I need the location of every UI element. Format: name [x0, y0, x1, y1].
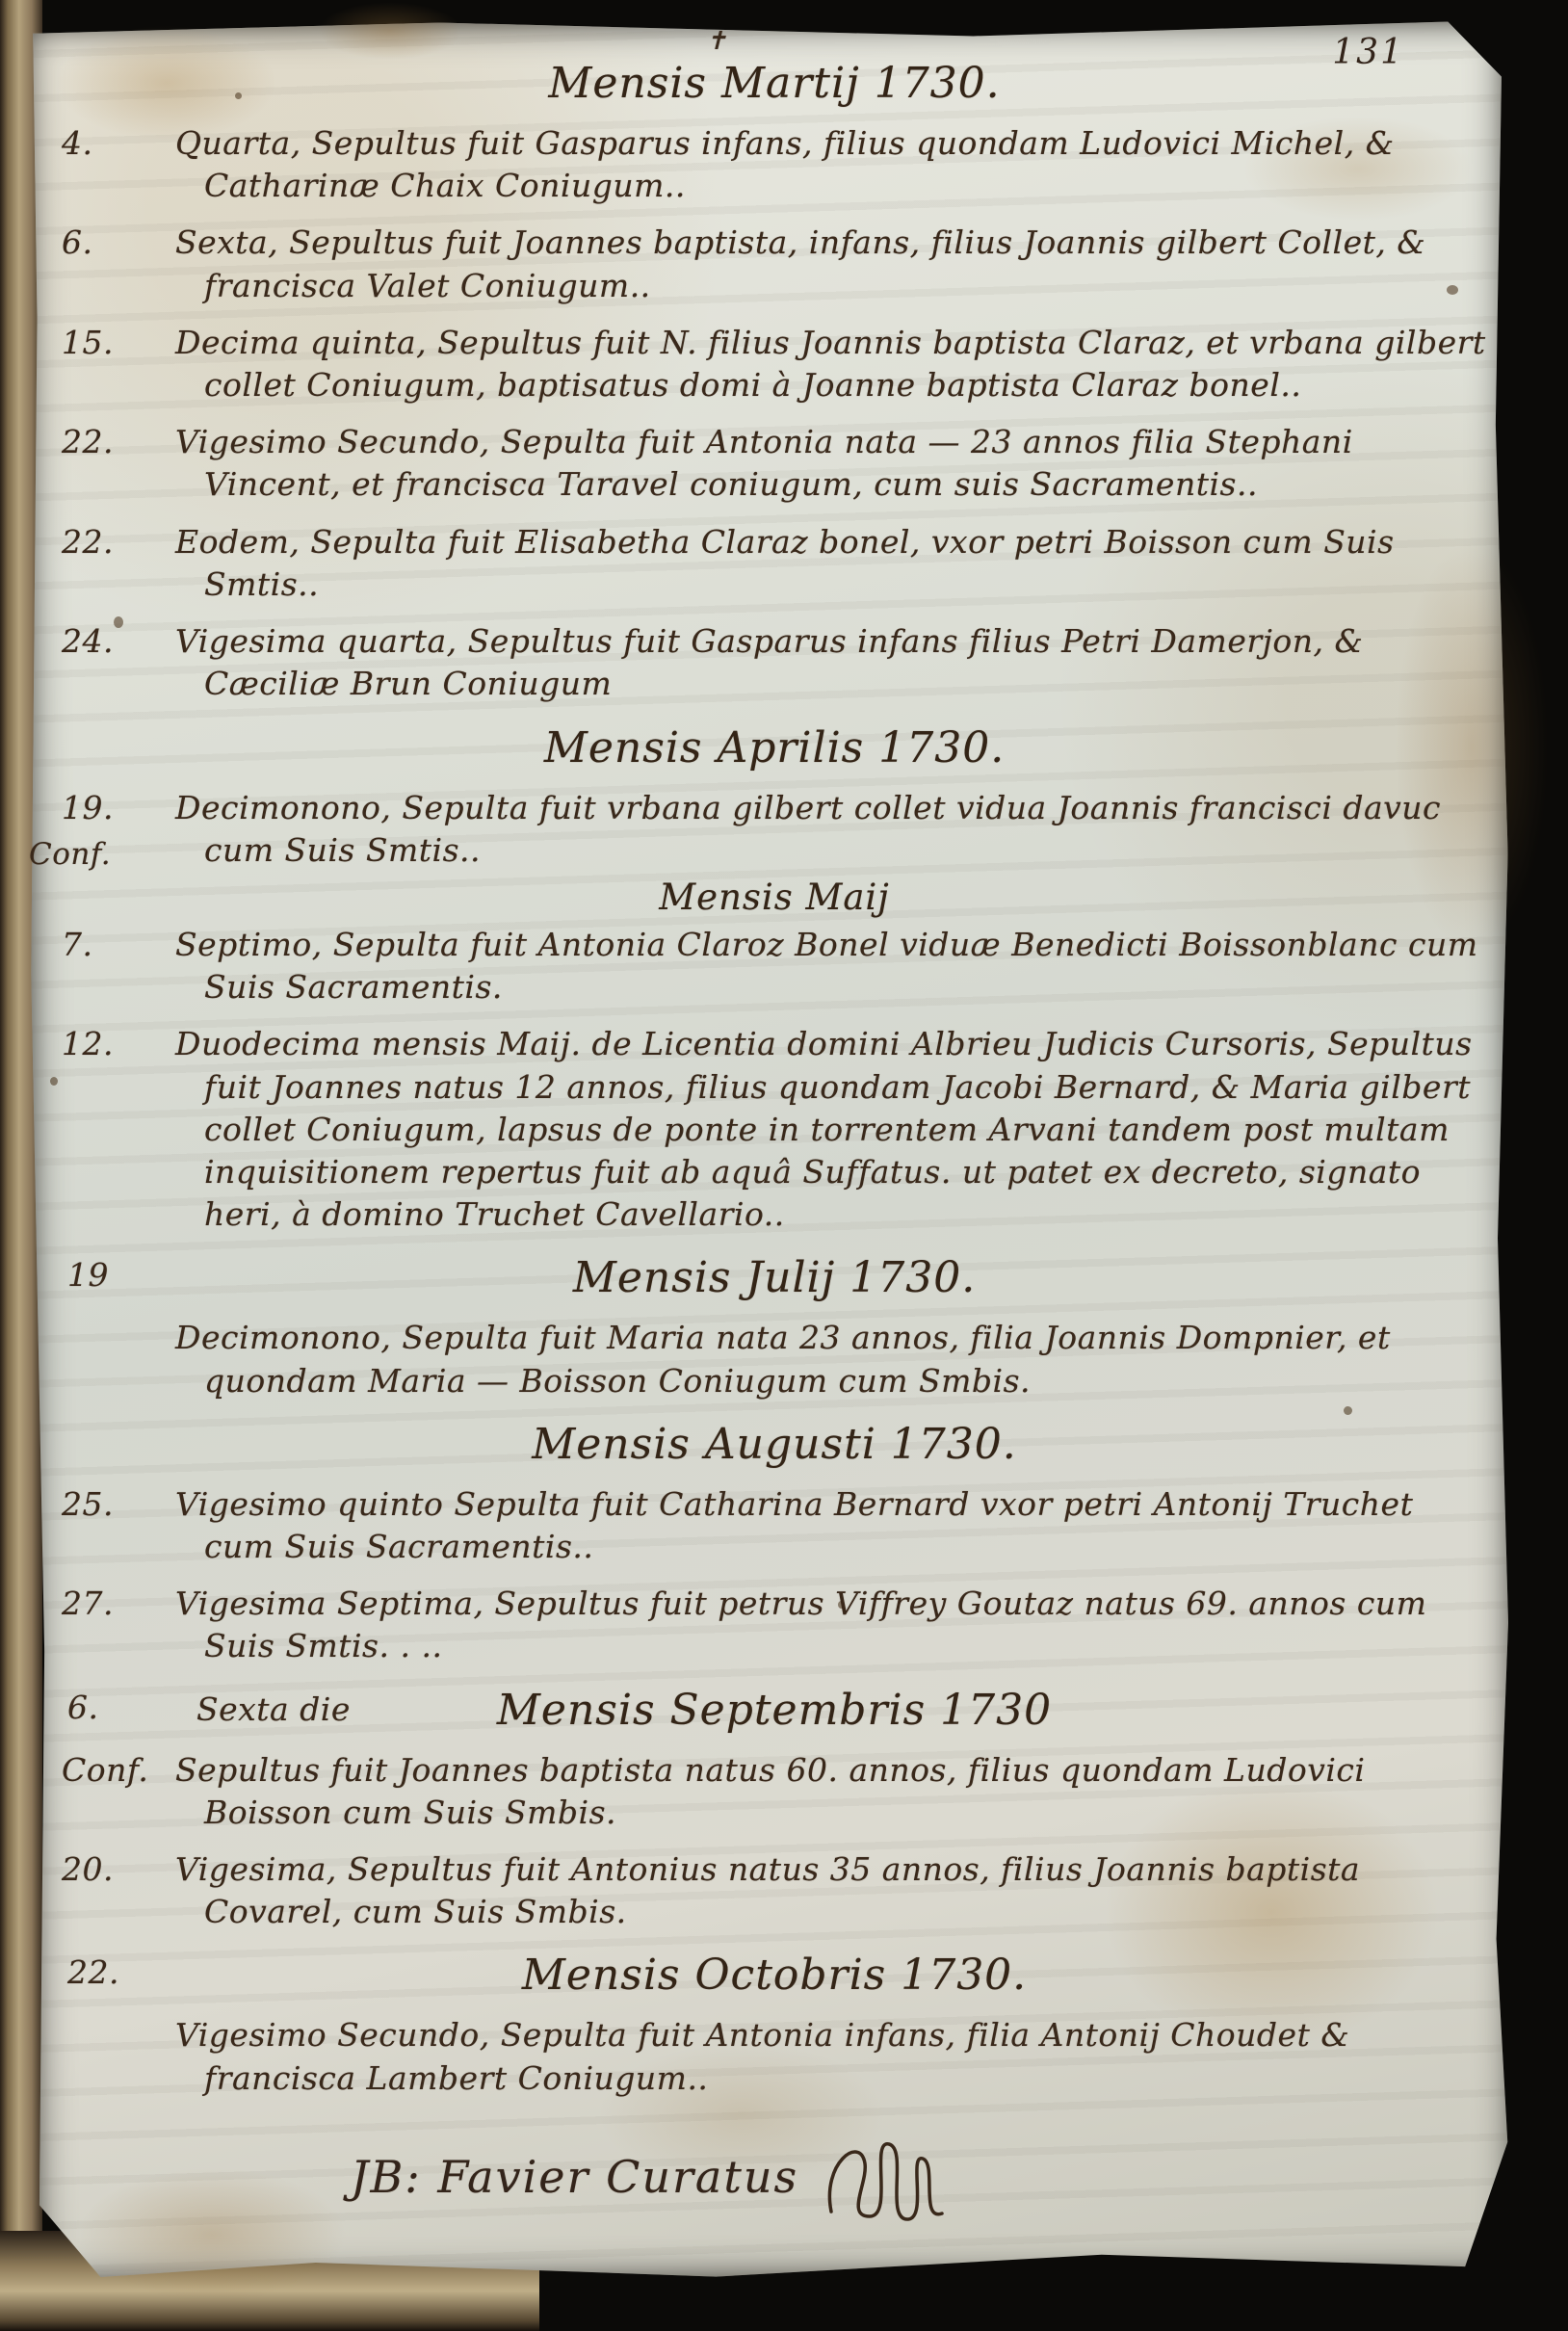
cross-mark: ✝ [0, 29, 1487, 54]
entry-text: Sexta, Sepultus fuit Joannes baptista, i… [175, 222, 1487, 306]
entry-text: Septimo, Sepulta fuit Antonia Claroz Bon… [175, 924, 1487, 1008]
burial-entry: Vigesimo Secundo, Sepulta fuit Antonia i… [62, 2014, 1487, 2099]
month-section-july: 19 Mensis Julij 1730. Decimonono, Sepult… [62, 1250, 1487, 1401]
signature-block: JB: Favier Curatus [351, 2125, 1487, 2231]
burial-entry: 7. Septimo, Sepulta fuit Antonia Claroz … [62, 924, 1487, 1008]
conf-annotation: Conf. [62, 1749, 175, 1834]
entry-text: Decima quinta, Sepultus fuit N. filius J… [175, 322, 1487, 406]
conf-annotation: Conf. [29, 835, 175, 876]
month-section-october: 22. Mensis Octobris 1730. Vigesimo Secun… [62, 1948, 1487, 2099]
month-section-september: 6. Sexta die Mensis Septembris 1730 Conf… [62, 1683, 1487, 1934]
entry-day-number [62, 2014, 175, 2099]
month-title: Mensis Julij 1730. [573, 1253, 976, 1302]
month-title: Mensis Septembris 1730 [497, 1686, 1052, 1735]
burial-entry: 4. Quarta, Sepultus fuit Gasparus infans… [62, 122, 1487, 207]
month-header: Mensis Maij [62, 874, 1487, 922]
entry-text: Vigesima, Sepultus fuit Antonius natus 3… [175, 1848, 1487, 1933]
burial-entry: 12. Duodecima mensis Maij. de Licentia d… [62, 1023, 1487, 1236]
burial-entry: 15. Decima quinta, Sepultus fuit N. fili… [62, 322, 1487, 406]
entry-text: Vigesima quarta, Sepultus fuit Gasparus … [175, 620, 1487, 705]
burial-entry: 22. Eodem, Sepulta fuit Elisabetha Clara… [62, 521, 1487, 606]
entry-day-number: 7. [62, 924, 175, 1008]
entry-day-number: 22. [67, 1951, 119, 1994]
burial-entry: 22. Vigesimo Secundo, Sepulta fuit Anton… [62, 421, 1487, 506]
month-header: Mensis Martij 1730. [62, 56, 1487, 113]
entry-day-number: 19 [67, 1254, 109, 1296]
entry-day-number: 22. [62, 421, 175, 506]
curate-signature: JB: Favier Curatus [351, 2148, 798, 2208]
burial-entry: 24. Vigesima quarta, Sepultus fuit Gaspa… [62, 620, 1487, 705]
entry-lead-text: Sexta die [196, 1689, 351, 1731]
month-section-april: Mensis Aprilis 1730. 19. Conf. Decimonon… [62, 720, 1487, 876]
entry-text: Duodecima mensis Maij. de Licentia domin… [175, 1023, 1487, 1236]
month-header: 22. Mensis Octobris 1730. [62, 1948, 1487, 2004]
entry-day-number: 24. [62, 620, 175, 705]
entry-text: Decimonono, Sepulta fuit vrbana gilbert … [175, 787, 1487, 876]
entry-text: Vigesima Septima, Sepultus fuit petrus V… [175, 1583, 1487, 1667]
entry-day-number: 20. [62, 1848, 175, 1933]
entry-day-number: 25. [62, 1483, 175, 1568]
month-section-august: Mensis Augusti 1730. 25. Vigesimo quinto… [62, 1417, 1487, 1668]
scanned-manuscript: { "page": { "number": "131", "cross": "✝… [0, 0, 1568, 2331]
entry-day-number: 4. [62, 122, 175, 207]
month-title: Mensis Martij 1730. [548, 59, 1000, 108]
entry-day-number: 22. [62, 521, 175, 606]
entry-day-number: 12. [62, 1023, 175, 1236]
month-section-march: ✝ Mensis Martij 1730. 4. Quarta, Sepultu… [62, 29, 1487, 706]
month-header: 6. Sexta die Mensis Septembris 1730 [62, 1683, 1487, 1740]
entry-text: Vigesimo quinto Sepulta fuit Catharina B… [175, 1483, 1487, 1568]
burial-entry: 25. Vigesimo quinto Sepulta fuit Cathari… [62, 1483, 1487, 1568]
entry-text: Vigesimo Secundo, Sepulta fuit Antonia n… [175, 421, 1487, 506]
month-header: Mensis Aprilis 1730. [62, 720, 1487, 777]
entry-day-number: 27. [62, 1583, 175, 1667]
month-title: Mensis Aprilis 1730. [544, 723, 1005, 773]
burial-entry: 20. Vigesima, Sepultus fuit Antonius nat… [62, 1848, 1487, 1933]
register-text: ✝ Mensis Martij 1730. 4. Quarta, Sepultu… [62, 29, 1487, 2231]
month-title: Mensis Augusti 1730. [532, 1420, 1017, 1469]
burial-entry: 19. Conf. Decimonono, Sepulta fuit vrban… [62, 787, 1487, 876]
entry-day-number: 15. [62, 322, 175, 406]
entry-text: Vigesimo Secundo, Sepulta fuit Antonia i… [175, 2014, 1487, 2099]
month-title: Mensis Maij [659, 877, 889, 918]
entry-day-number: 6. [62, 222, 175, 306]
entry-text: Eodem, Sepulta fuit Elisabetha Claraz bo… [175, 521, 1487, 606]
burial-entry: Conf. Sepultus fuit Joannes baptista nat… [62, 1749, 1487, 1834]
entry-day-number: 19. Conf. [62, 787, 175, 876]
month-header: Mensis Augusti 1730. [62, 1417, 1487, 1474]
entry-day-number: 6. [67, 1687, 99, 1729]
month-section-may: Mensis Maij 7. Septimo, Sepulta fuit Ant… [62, 874, 1487, 1236]
entry-text: Sepultus fuit Joannes baptista natus 60.… [175, 1749, 1487, 1834]
entry-text: Quarta, Sepultus fuit Gasparus infans, f… [175, 122, 1487, 207]
entry-text: Decimonono, Sepulta fuit Maria nata 23 a… [175, 1317, 1487, 1401]
signature-paraph [812, 2125, 956, 2231]
month-title: Mensis Octobris 1730. [522, 1951, 1027, 2000]
burial-entry: Decimonono, Sepulta fuit Maria nata 23 a… [62, 1317, 1487, 1401]
burial-entry: 6. Sexta, Sepultus fuit Joannes baptista… [62, 222, 1487, 306]
burial-entry: 27. Vigesima Septima, Sepultus fuit petr… [62, 1583, 1487, 1667]
entry-day-number [62, 1317, 175, 1401]
month-header: 19 Mensis Julij 1730. [62, 1250, 1487, 1307]
